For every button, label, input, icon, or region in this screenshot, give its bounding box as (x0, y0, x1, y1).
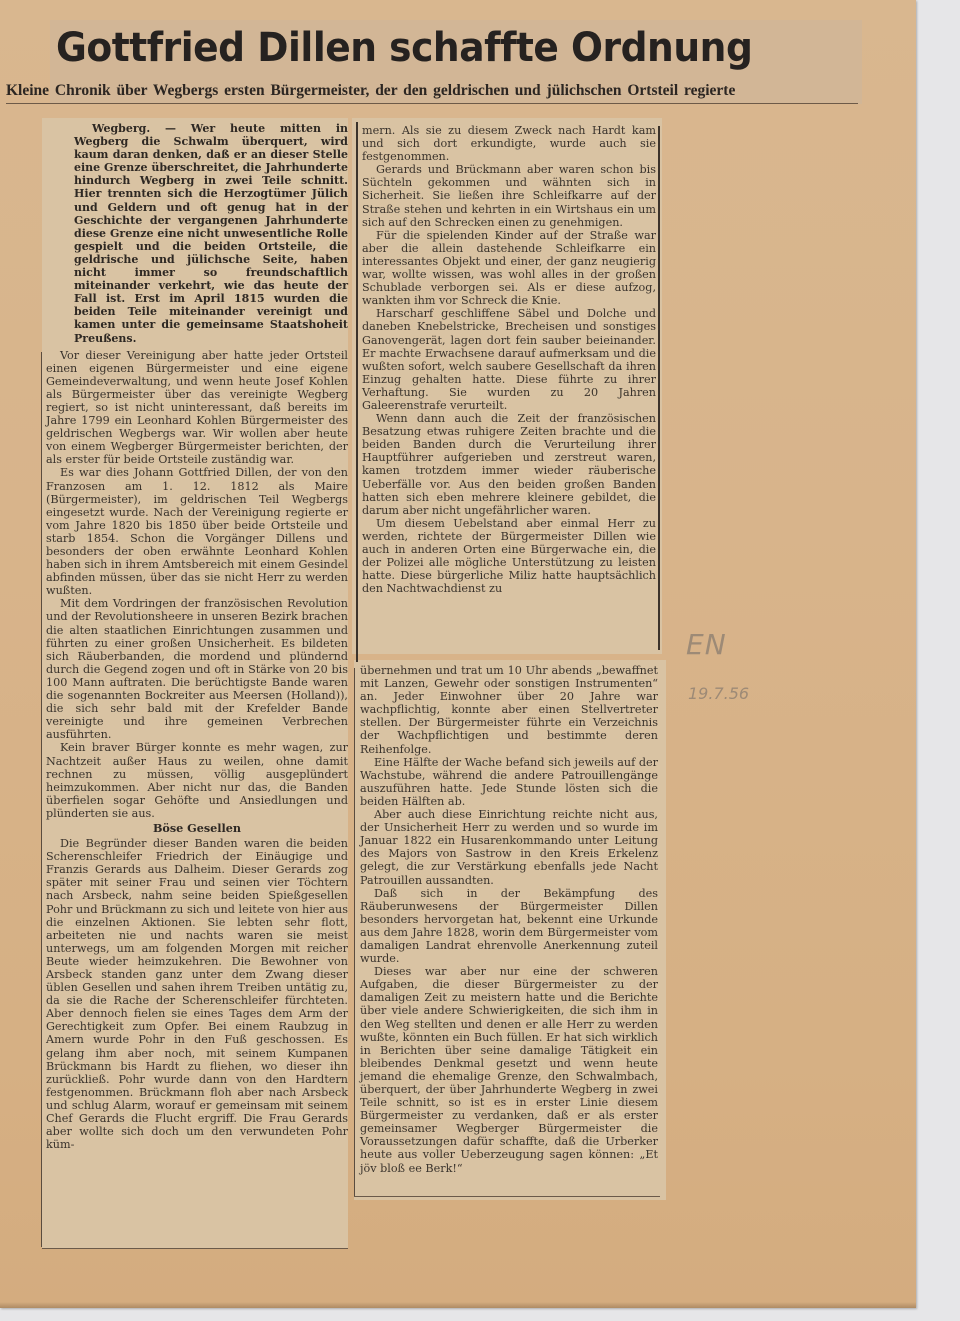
article-lead: Wegberg. — Wer heute mitten in Wegberg d… (46, 122, 348, 345)
clip-edge (42, 1248, 348, 1249)
section-subhead: Böse Gesellen (46, 822, 348, 835)
paragraph: Für die spielenden Kinder auf der Straße… (362, 229, 656, 308)
clip-edge (354, 1196, 660, 1197)
paragraph: Vor dieser Vereinigung aber hatte jeder … (46, 349, 348, 467)
article-subheadline: Kleine Chronik über Wegbergs ersten Bürg… (6, 82, 858, 104)
column-divider (356, 122, 358, 662)
article-column-2-top: mern. Als sie zu diesem Zweck nach Hardt… (362, 124, 656, 595)
paragraph: mern. Als sie zu diesem Zweck nach Hardt… (362, 124, 656, 163)
column-divider (354, 668, 355, 1196)
paragraph: Gerards und Brückmann aber waren schon b… (362, 163, 656, 228)
paragraph: Kein braver Bürger konnte es mehr wagen,… (46, 741, 348, 820)
paragraph: Eine Hälfte der Wache befand sich jeweil… (360, 756, 658, 808)
paragraph: Aber auch diese Einrichtung reichte nich… (360, 808, 658, 887)
column-divider (658, 126, 660, 650)
article-column-1: Wegberg. — Wer heute mitten in Wegberg d… (46, 122, 348, 1151)
paragraph: Dieses war aber nur eine der schweren Au… (360, 965, 658, 1175)
paragraph: Um diesem Uebelstand aber einmal Herr zu… (362, 517, 656, 596)
paragraph: übernehmen und trat um 10 Uhr abends „be… (360, 664, 658, 756)
pencil-date: 19.7.56 (688, 684, 749, 703)
article-headline: Gottfried Dillen schaffte Ordnung (56, 24, 770, 72)
paragraph: Es war dies Johann Gottfried Dillen, der… (46, 466, 348, 597)
paragraph: Mit dem Vordringen der französischen Rev… (46, 597, 348, 741)
paragraph: Harscharf geschliffene Säbel und Dolche … (362, 307, 656, 412)
paragraph: Wenn dann auch die Zeit der französische… (362, 412, 656, 517)
pencil-initials: EN (686, 628, 727, 661)
paragraph: Die Begründer dieser Banden waren die be… (46, 837, 348, 1151)
paragraph: Daß sich in der Bekämpfung des Räuberunw… (360, 887, 658, 966)
column-divider (41, 352, 42, 1247)
article-column-2-bottom: übernehmen und trat um 10 Uhr abends „be… (360, 664, 658, 1175)
